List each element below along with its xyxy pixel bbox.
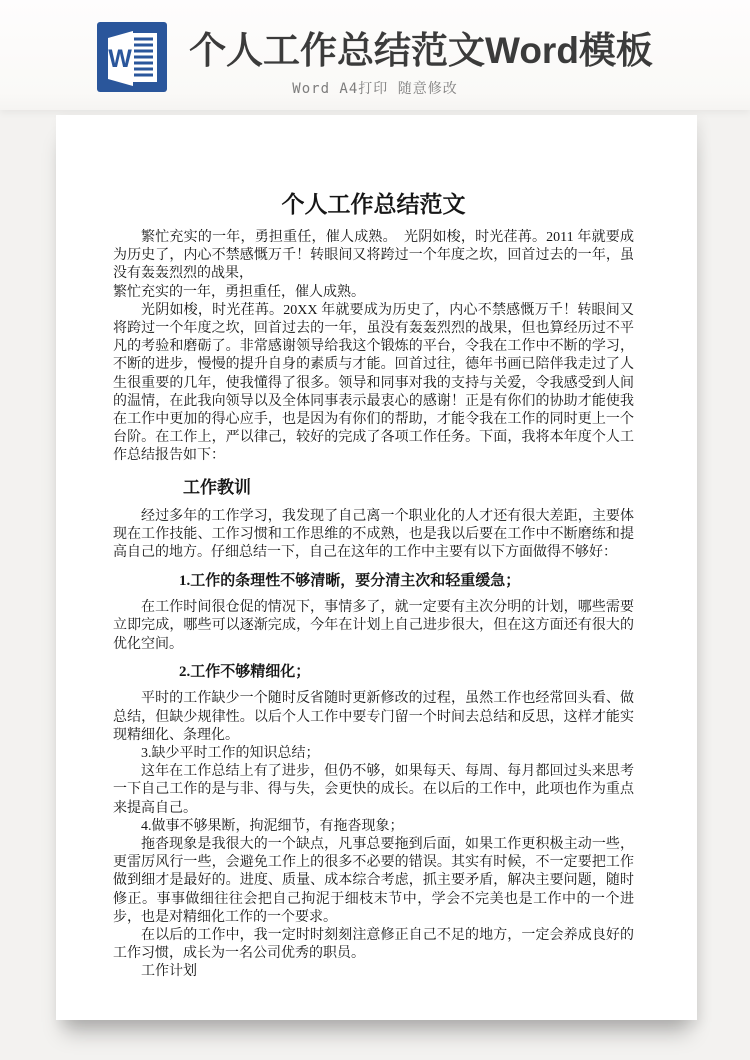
doc-title: 个人工作总结范文 [113, 189, 634, 220]
doc-paragraph: 繁忙充实的一年，勇担重任，催人成熟。 [113, 284, 634, 302]
template-subtitle: Word A4打印 随意修改 [0, 78, 750, 98]
doc-paragraph: 繁忙充实的一年，勇担重任，催人成熟。 光阴如梭，时光荏苒。2011 年就要成为历… [113, 229, 634, 284]
doc-paragraph: 工作计划 [113, 963, 634, 981]
doc-paragraph: 在以后的工作中，我一定时时刻刻注意修正自己不足的地方，一定会养成良好的工作习惯，… [113, 927, 634, 963]
doc-paragraph: 3.缺少平时工作的知识总结； [113, 745, 634, 763]
doc-numbered-heading: 1.工作的条理性不够清晰，要分清主次和轻重缓急； [113, 572, 634, 592]
doc-paragraph: 经过多年的工作学习，我发现了自己离一个职业化的人才还有很大差距，主要体现在工作技… [113, 508, 634, 563]
template-title: 个人工作总结范文Word模板 [189, 32, 653, 69]
doc-paragraph: 拖沓现象是我很大的一个缺点，凡事总要拖到后面，如果工作更积极主动一些，更雷厉风行… [113, 836, 634, 927]
doc-paragraph: 平时的工作缺少一个随时反省随时更新修改的过程，虽然工作也经常回头看、做总结，但缺… [113, 690, 634, 745]
doc-numbered-heading: 2.工作不够精细化； [113, 663, 634, 683]
doc-paragraph: 光阴如梭，时光荏苒。20XX 年就要成为历史了，内心不禁感慨万千！转眼间又将跨过… [113, 302, 634, 466]
template-banner: W 个人工作总结范文Word模板 Word A4打印 随意修改 [0, 0, 750, 110]
doc-paragraph: 在工作时间很仓促的情况下，事情多了，就一定要有主次分明的计划，哪些需要立即完成，… [113, 599, 634, 654]
doc-section-heading: 工作教训 [113, 478, 634, 498]
document-body: 个人工作总结范文繁忙充实的一年，勇担重任，催人成熟。 光阴如梭，时光荏苒。201… [113, 189, 634, 982]
word-logo-letter: W [108, 45, 132, 73]
doc-paragraph: 4.做事不够果断，拘泥细节，有拖沓现象； [113, 818, 634, 836]
document-page: 个人工作总结范文繁忙充实的一年，勇担重任，催人成熟。 光阴如梭，时光荏苒。201… [56, 115, 697, 1020]
doc-paragraph: 这年在工作总结上有了进步，但仍不够，如果每天、每周、每月都回过头来思考一下自己工… [113, 763, 634, 818]
